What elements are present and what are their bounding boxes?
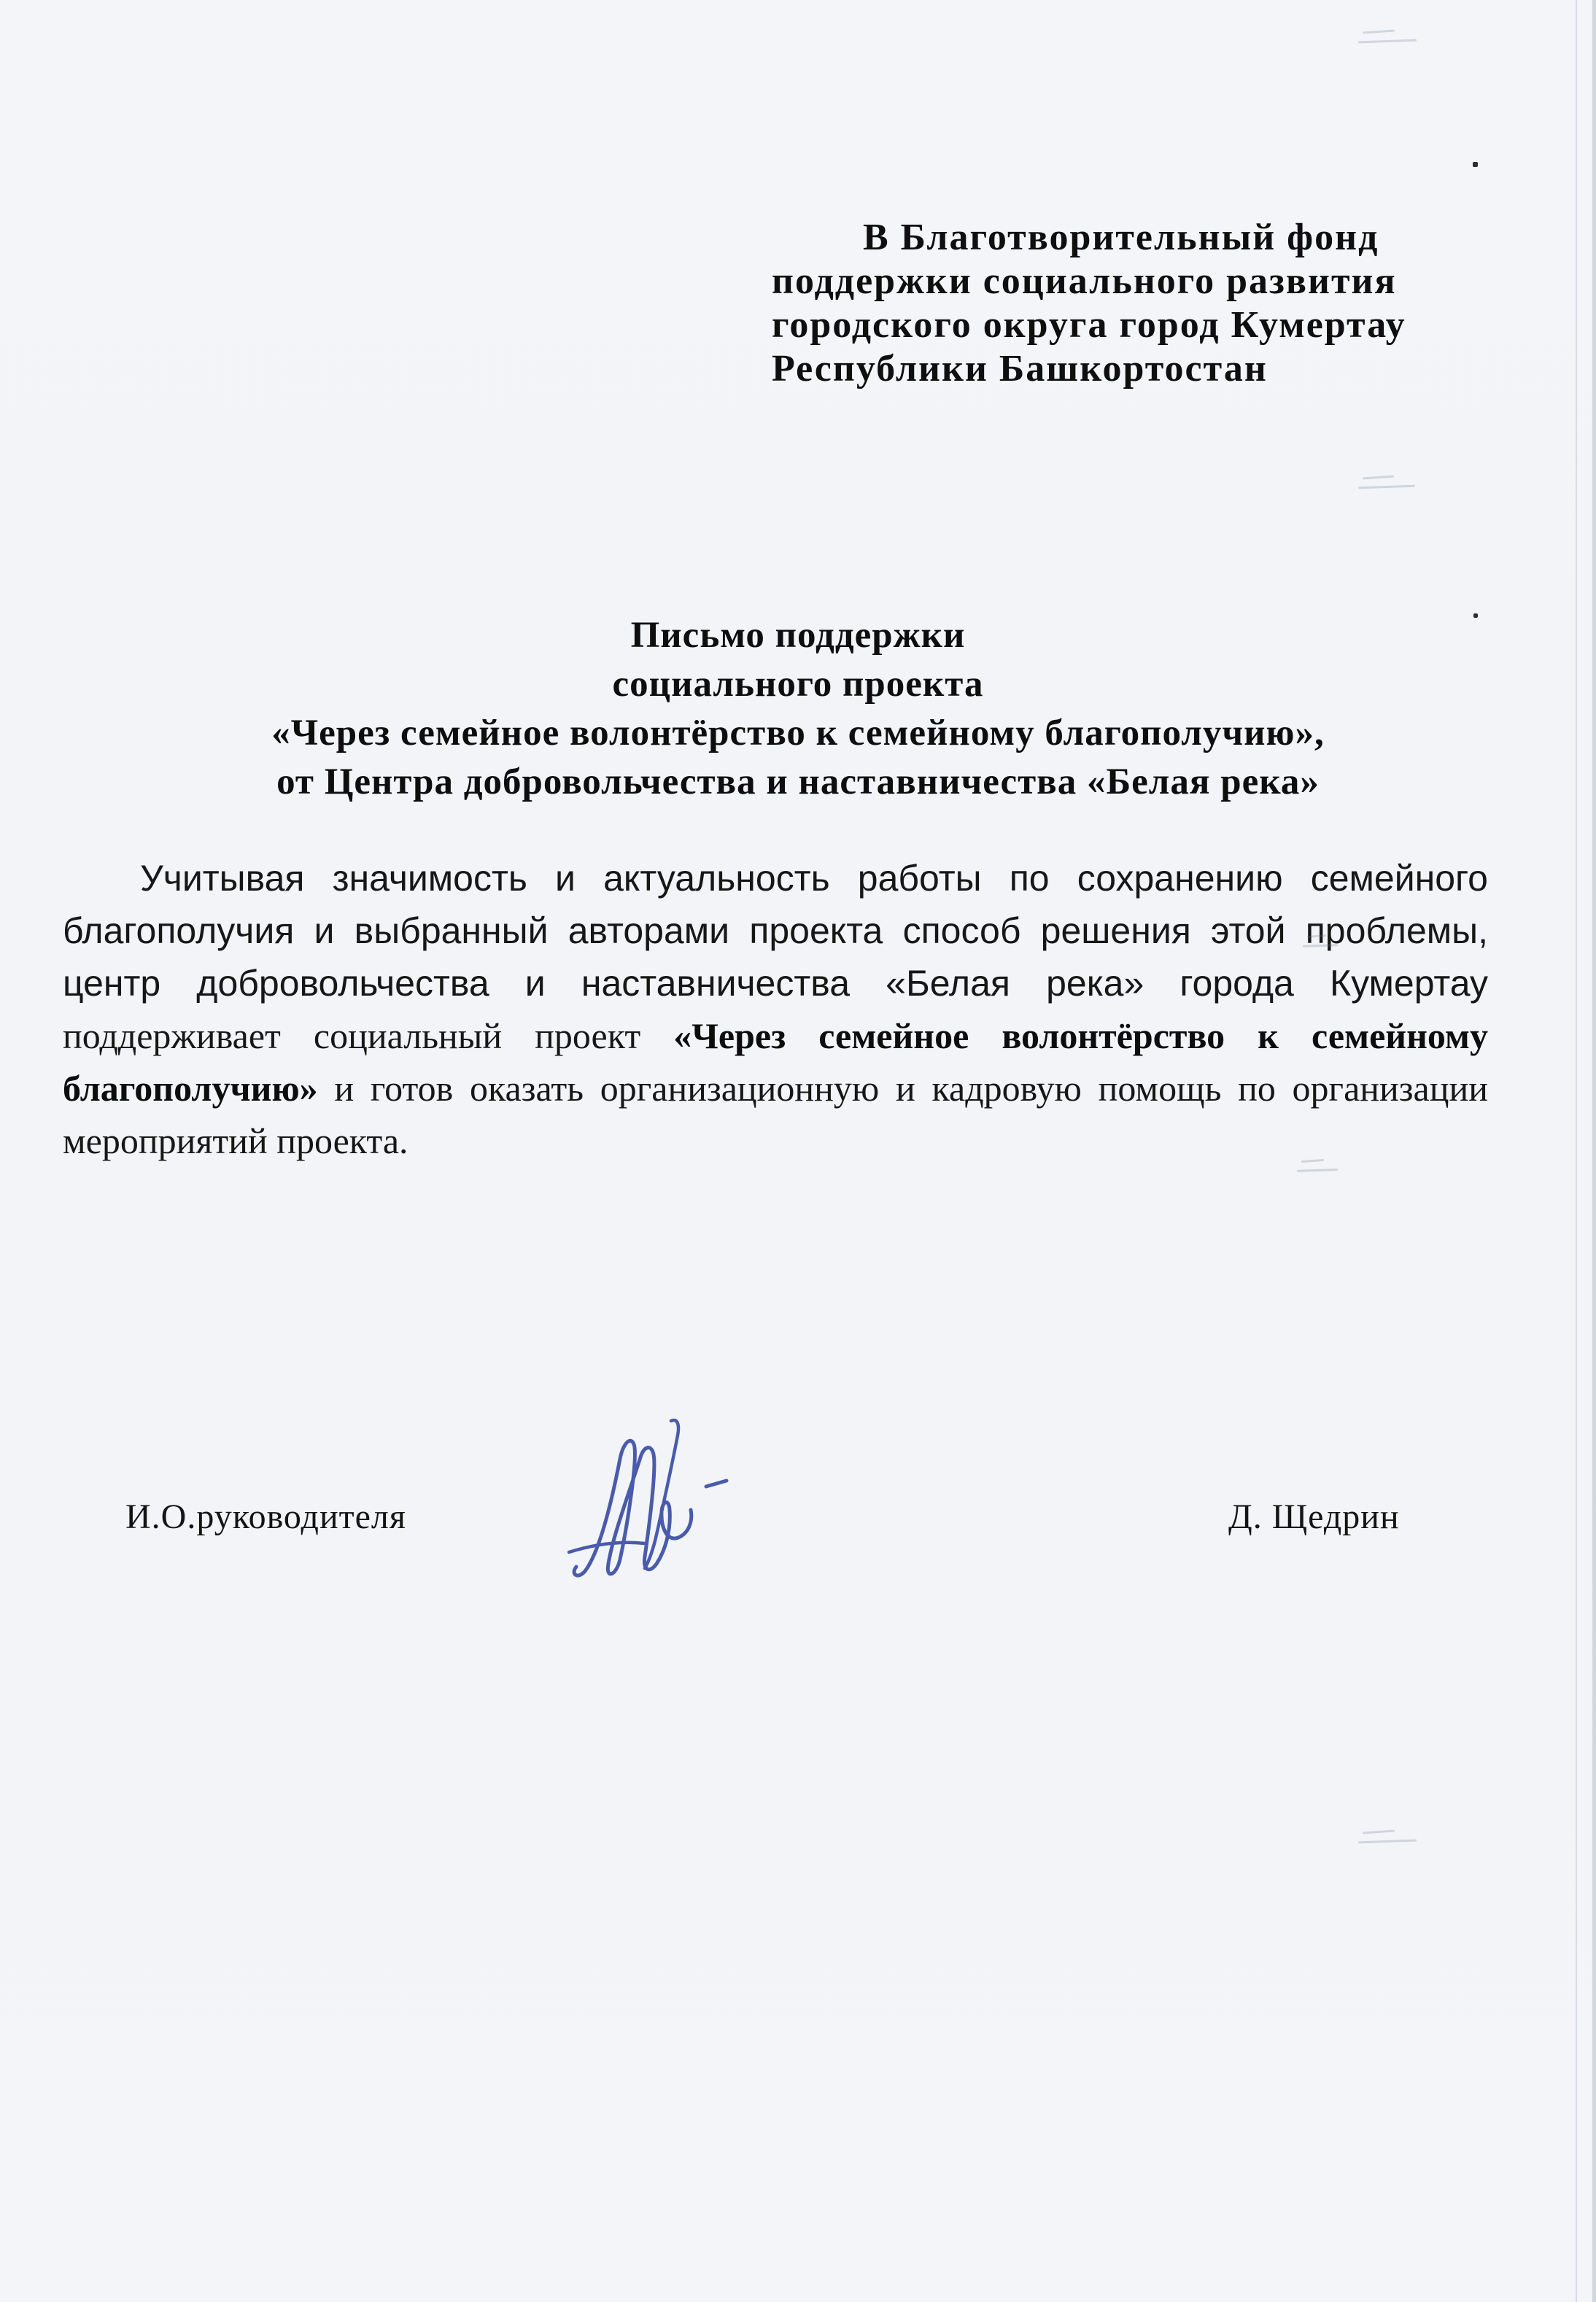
scan-edge-shade xyxy=(1592,0,1596,2302)
scan-speck xyxy=(1473,162,1478,167)
letter-title: Письмо поддержки социального проекта «Че… xyxy=(0,611,1596,807)
addressee-block: В Благотворительный фонд поддержки социа… xyxy=(772,216,1457,391)
scan-edge-line xyxy=(1576,0,1577,2302)
addressee-line-2: поддержки социального развития xyxy=(772,260,1457,303)
title-line-4: от Центра добровольчества и наставничест… xyxy=(0,758,1596,807)
title-line-3: «Через семейное волонтёрство к семейному… xyxy=(0,709,1596,758)
addressee-line-4: Республики Башкортостан xyxy=(772,347,1457,391)
scan-smudge xyxy=(1303,935,1338,945)
body-text-part-1: Учитывая значимость и актуальность работ… xyxy=(63,858,1488,1004)
scan-smudge xyxy=(1358,476,1415,489)
title-line-1: Письмо поддержки xyxy=(0,611,1596,660)
addressee-line-3: городского округа город Кумертау xyxy=(772,303,1457,347)
signatory-name-label: Д. Щедрин xyxy=(1228,1497,1400,1537)
scan-speck xyxy=(1473,613,1478,618)
title-line-2: социального проекта xyxy=(0,660,1596,709)
body-paragraph: Учитывая значимость и актуальность работ… xyxy=(63,852,1488,1167)
handwritten-signature-icon xyxy=(563,1417,745,1584)
scan-smudge xyxy=(1358,31,1417,44)
body-text-part-2: поддерживает социальный проект xyxy=(63,1015,673,1056)
signatory-role-label: И.О.руководителя xyxy=(125,1497,406,1537)
scan-smudge xyxy=(1358,1831,1417,1844)
addressee-line-1: В Благотворительный фонд xyxy=(772,216,1457,260)
scan-smudge xyxy=(1297,1160,1338,1170)
scanned-letter-page: В Благотворительный фонд поддержки социа… xyxy=(0,0,1596,2302)
